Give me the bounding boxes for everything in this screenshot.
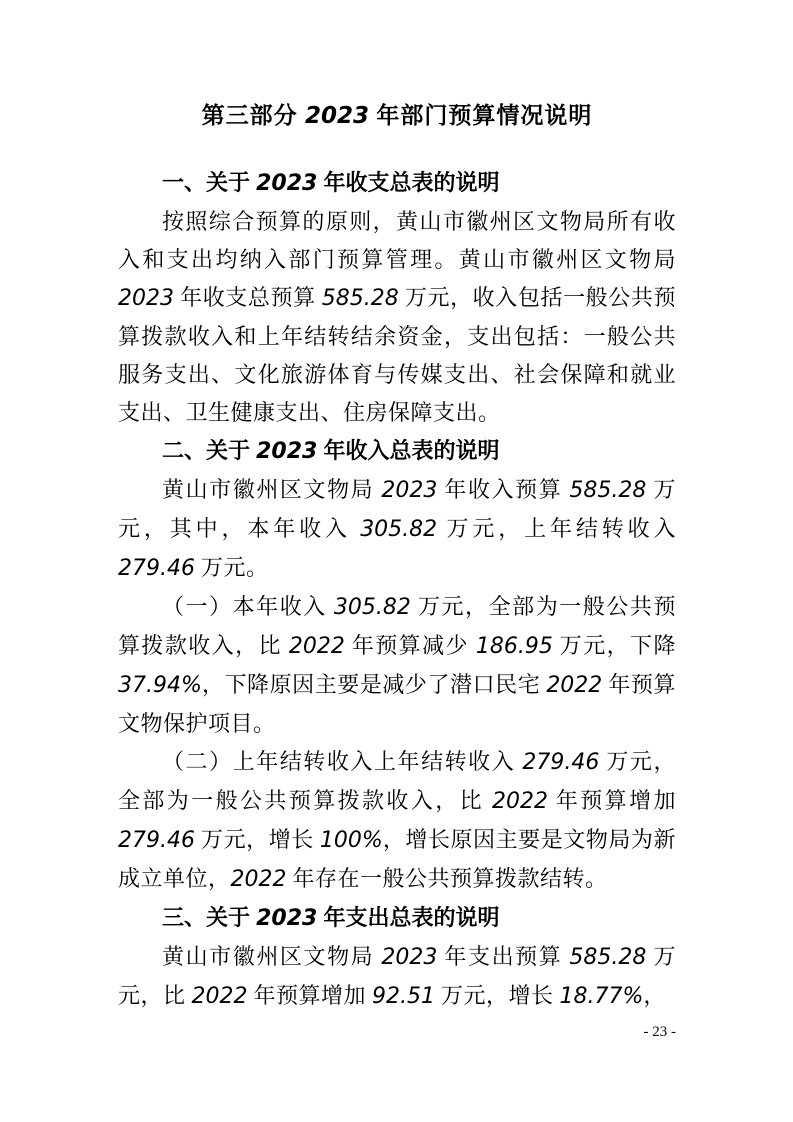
numeric-value: 2023 bbox=[118, 286, 174, 311]
numeric-value: 18.77% bbox=[560, 984, 644, 1009]
numeric-value: 2022 bbox=[231, 867, 287, 892]
section-heading: 一、关于 2023 年收支总表的说明 bbox=[118, 164, 676, 203]
body-paragraph: （二）上年结转收入上年结转收入 279.46 万元，全部为一般公共预算拨款收入，… bbox=[118, 743, 676, 899]
numeric-value: 2022 bbox=[546, 673, 602, 698]
numeric-value: 305.82 bbox=[334, 595, 411, 620]
numeric-value: 37.94% bbox=[118, 673, 202, 698]
numeric-value: 585.28 bbox=[569, 478, 646, 503]
body-paragraph: （一）本年收入 305.82 万元，全部为一般公共预算拨款收入，比 2022 年… bbox=[118, 588, 676, 743]
body-paragraph: 按照综合预算的原则，黄山市徽州区文物局所有收入和支出均纳入部门预算管理。黄山市徽… bbox=[118, 203, 676, 432]
numeric-value: 585.28 bbox=[569, 945, 646, 970]
numeric-value: 2022 bbox=[492, 789, 548, 814]
numeric-value: 2023 bbox=[381, 478, 437, 503]
numeric-value: 305.82 bbox=[360, 517, 437, 542]
numeric-value: 2023 bbox=[256, 439, 317, 464]
section-heading: 二、关于 2023 年收入总表的说明 bbox=[118, 432, 676, 471]
numeric-value: 100% bbox=[320, 828, 383, 853]
numeric-value: 2023 bbox=[381, 945, 437, 970]
numeric-value: 2022 bbox=[289, 634, 345, 659]
body-paragraph: 黄山市徽州区文物局 2023 年收入预算 585.28 万元，其中，本年收入 3… bbox=[118, 471, 676, 588]
numeric-value: 2023 bbox=[256, 906, 317, 931]
document-body: 一、关于 2023 年收支总表的说明按照综合预算的原则，黄山市徽州区文物局所有收… bbox=[118, 164, 676, 1016]
numeric-value: 279.46 bbox=[522, 750, 599, 775]
numeric-value: 2023 bbox=[305, 103, 369, 129]
numeric-value: 585.28 bbox=[322, 286, 399, 311]
numeric-value: 2023 bbox=[256, 171, 317, 196]
numeric-value: 2022 bbox=[192, 984, 248, 1009]
numeric-value: 92.51 bbox=[372, 984, 435, 1009]
numeric-value: 186.95 bbox=[476, 634, 553, 659]
numeric-value: 279.46 bbox=[118, 828, 195, 853]
body-paragraph: 黄山市徽州区文物局 2023 年支出预算 585.28 万元，比 2022 年预… bbox=[118, 938, 676, 1016]
page-number: - 23 - bbox=[644, 1024, 677, 1041]
numeric-value: 279.46 bbox=[118, 556, 195, 581]
document-page: 第三部分 2023 年部门预算情况说明 一、关于 2023 年收支总表的说明按照… bbox=[0, 0, 793, 1122]
page-title: 第三部分 2023 年部门预算情况说明 bbox=[118, 95, 676, 136]
section-heading: 三、关于 2023 年支出总表的说明 bbox=[118, 899, 676, 938]
